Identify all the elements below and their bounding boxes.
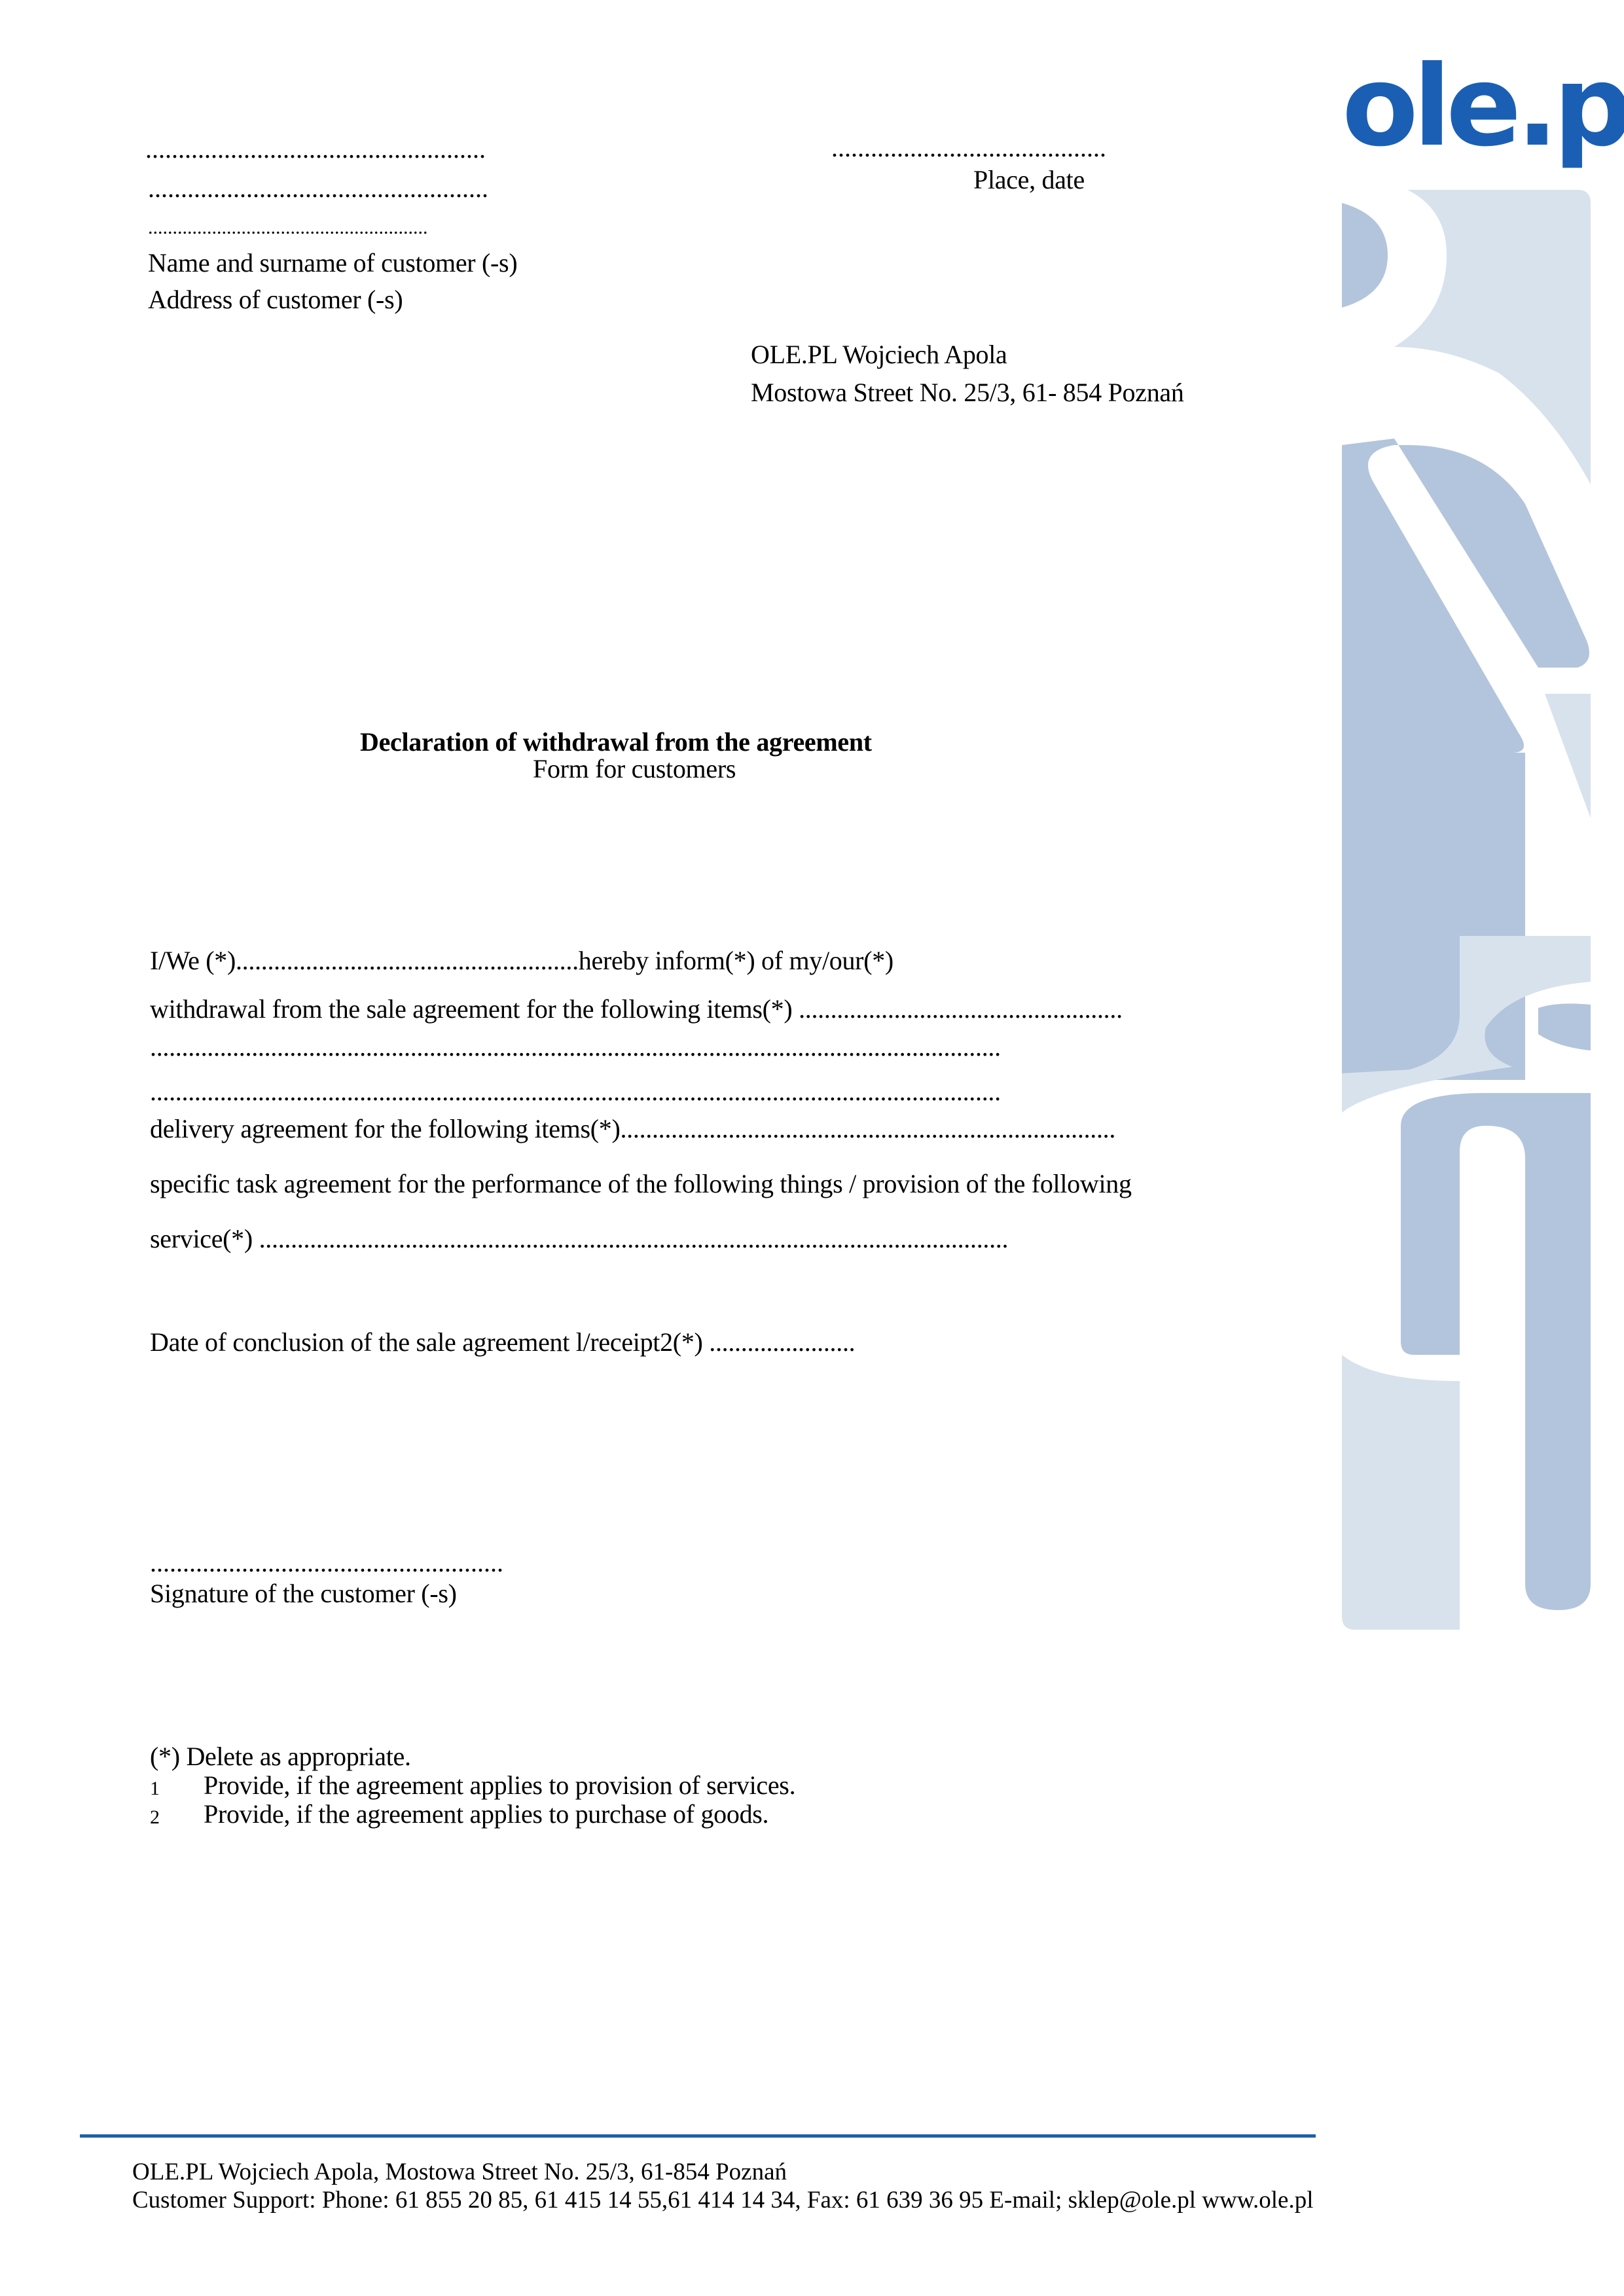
note-text: Provide, if the agreement applies to pro… [204, 1772, 795, 1799]
hereby-inform-text: hereby inform(*) of my/our(*) [579, 946, 893, 975]
footer-address: OLE.PL Wojciech Apola, Mostowa Street No… [132, 2158, 787, 2186]
note-text: Provide, if the agreement applies to pur… [204, 1801, 768, 1827]
items-fill-line-2[interactable]: ........................................… [150, 1079, 1001, 1105]
iwe-label: I/We (*) [150, 946, 236, 975]
footer-divider [80, 2134, 1316, 2138]
note-number: 1 [150, 1778, 160, 1800]
date-of-conclusion-line[interactable]: Date of conclusion of the sale agreement… [150, 1329, 855, 1355]
recipient-address: Mostowa Street No. 25/3, 61- 854 Poznań [751, 380, 1184, 406]
withdrawal-sale-items-line[interactable]: withdrawal from the sale agreement for t… [150, 996, 1123, 1022]
customer-address-line[interactable]: ........................................… [148, 218, 428, 238]
iwe-line: I/We (*)................................… [150, 948, 893, 974]
delivery-agreement-line[interactable]: delivery agreement for the following ite… [150, 1116, 1115, 1142]
signature-line[interactable]: ........................................… [150, 1550, 503, 1576]
document-subtitle: Form for customers [533, 756, 736, 782]
specific-task-agreement-text: specific task agreement for the performa… [150, 1171, 1132, 1197]
note-asterisk: (*) Delete as appropriate. [150, 1744, 411, 1770]
customer-address-label: Address of customer (-s) [148, 287, 403, 313]
place-date-line[interactable]: ........................................… [831, 135, 1106, 161]
customer-name-label: Name and surname of customer (-s) [148, 250, 517, 276]
document-title: Declaration of withdrawal from the agree… [360, 729, 872, 755]
iwe-fill-field[interactable]: ........................................… [236, 946, 579, 975]
ole-pl-logo: ole.pl [1342, 51, 1624, 162]
service-line[interactable]: service(*) .............................… [150, 1226, 1008, 1252]
customer-name-line-1[interactable]: ........................................… [145, 136, 486, 162]
place-date-label: Place, date [973, 167, 1085, 193]
recipient-name: OLE.PL Wojciech Apola [751, 342, 1007, 368]
customer-name-line-2[interactable]: ........................................… [148, 175, 488, 202]
signature-label: Signature of the customer (-s) [150, 1581, 457, 1607]
footer-contact: Customer Support: Phone: 61 855 20 85, 6… [132, 2186, 1314, 2214]
decorative-brand-graphic [1316, 164, 1604, 2258]
items-fill-line-1[interactable]: ........................................… [150, 1034, 1001, 1060]
note-number: 2 [150, 1806, 160, 1829]
